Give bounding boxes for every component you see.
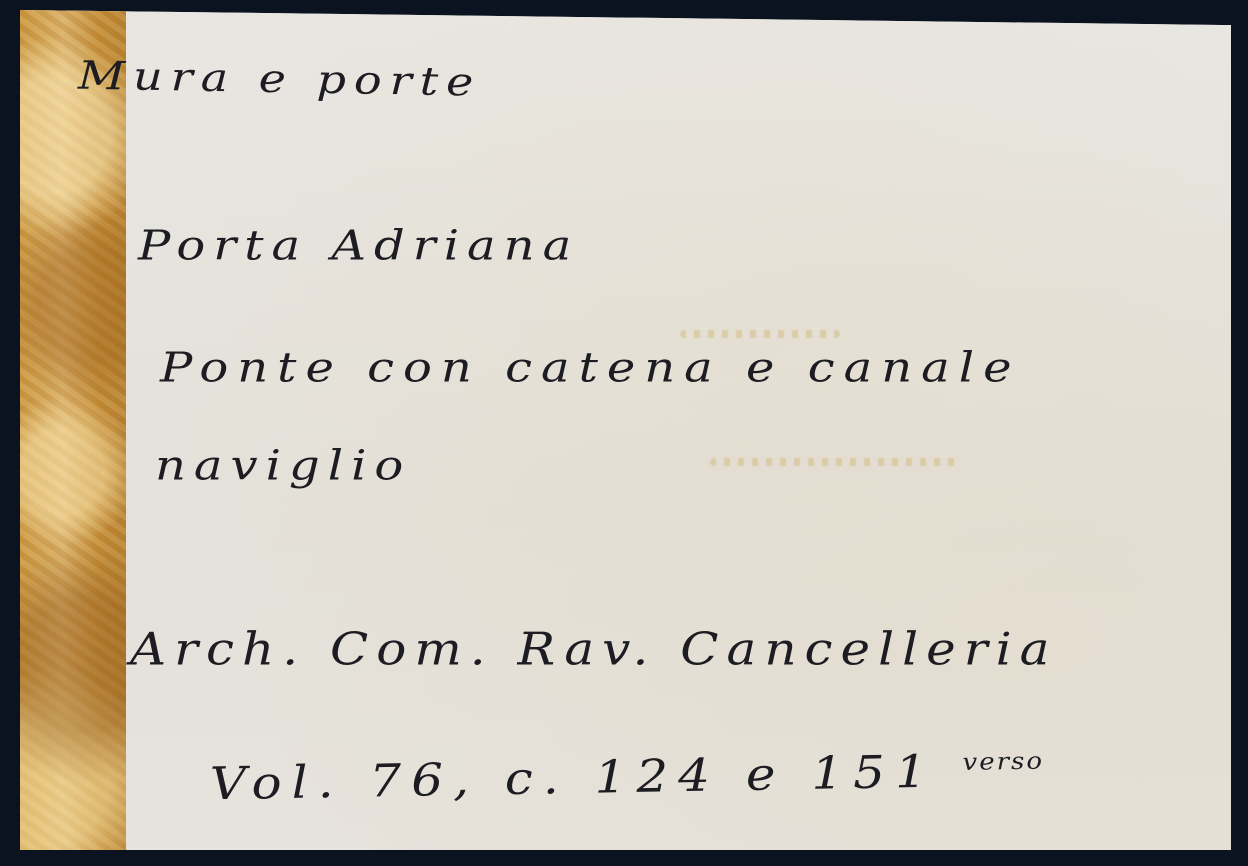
text-line: Ponte con catena e canale xyxy=(160,344,1021,392)
text-line: Porta Adriana xyxy=(138,222,579,270)
aged-tape-strip xyxy=(20,10,126,850)
volume-reference-text: Vol. 76, c. 124 e 151 xyxy=(210,745,938,810)
volume-reference-line: Vol. 76, c. 124 e 151 verso xyxy=(210,743,1045,810)
note-card: Mura e porte Porta Adriana Ponte con cat… xyxy=(20,10,1231,850)
paper-stain xyxy=(710,458,960,466)
paper-stain xyxy=(680,330,840,338)
verso-annotation: verso xyxy=(962,748,1044,776)
heading-line: Mura e porte xyxy=(78,52,482,105)
text-line: naviglio xyxy=(155,442,411,490)
archive-reference-line: Arch. Com. Rav. Cancelleria xyxy=(130,623,1057,675)
